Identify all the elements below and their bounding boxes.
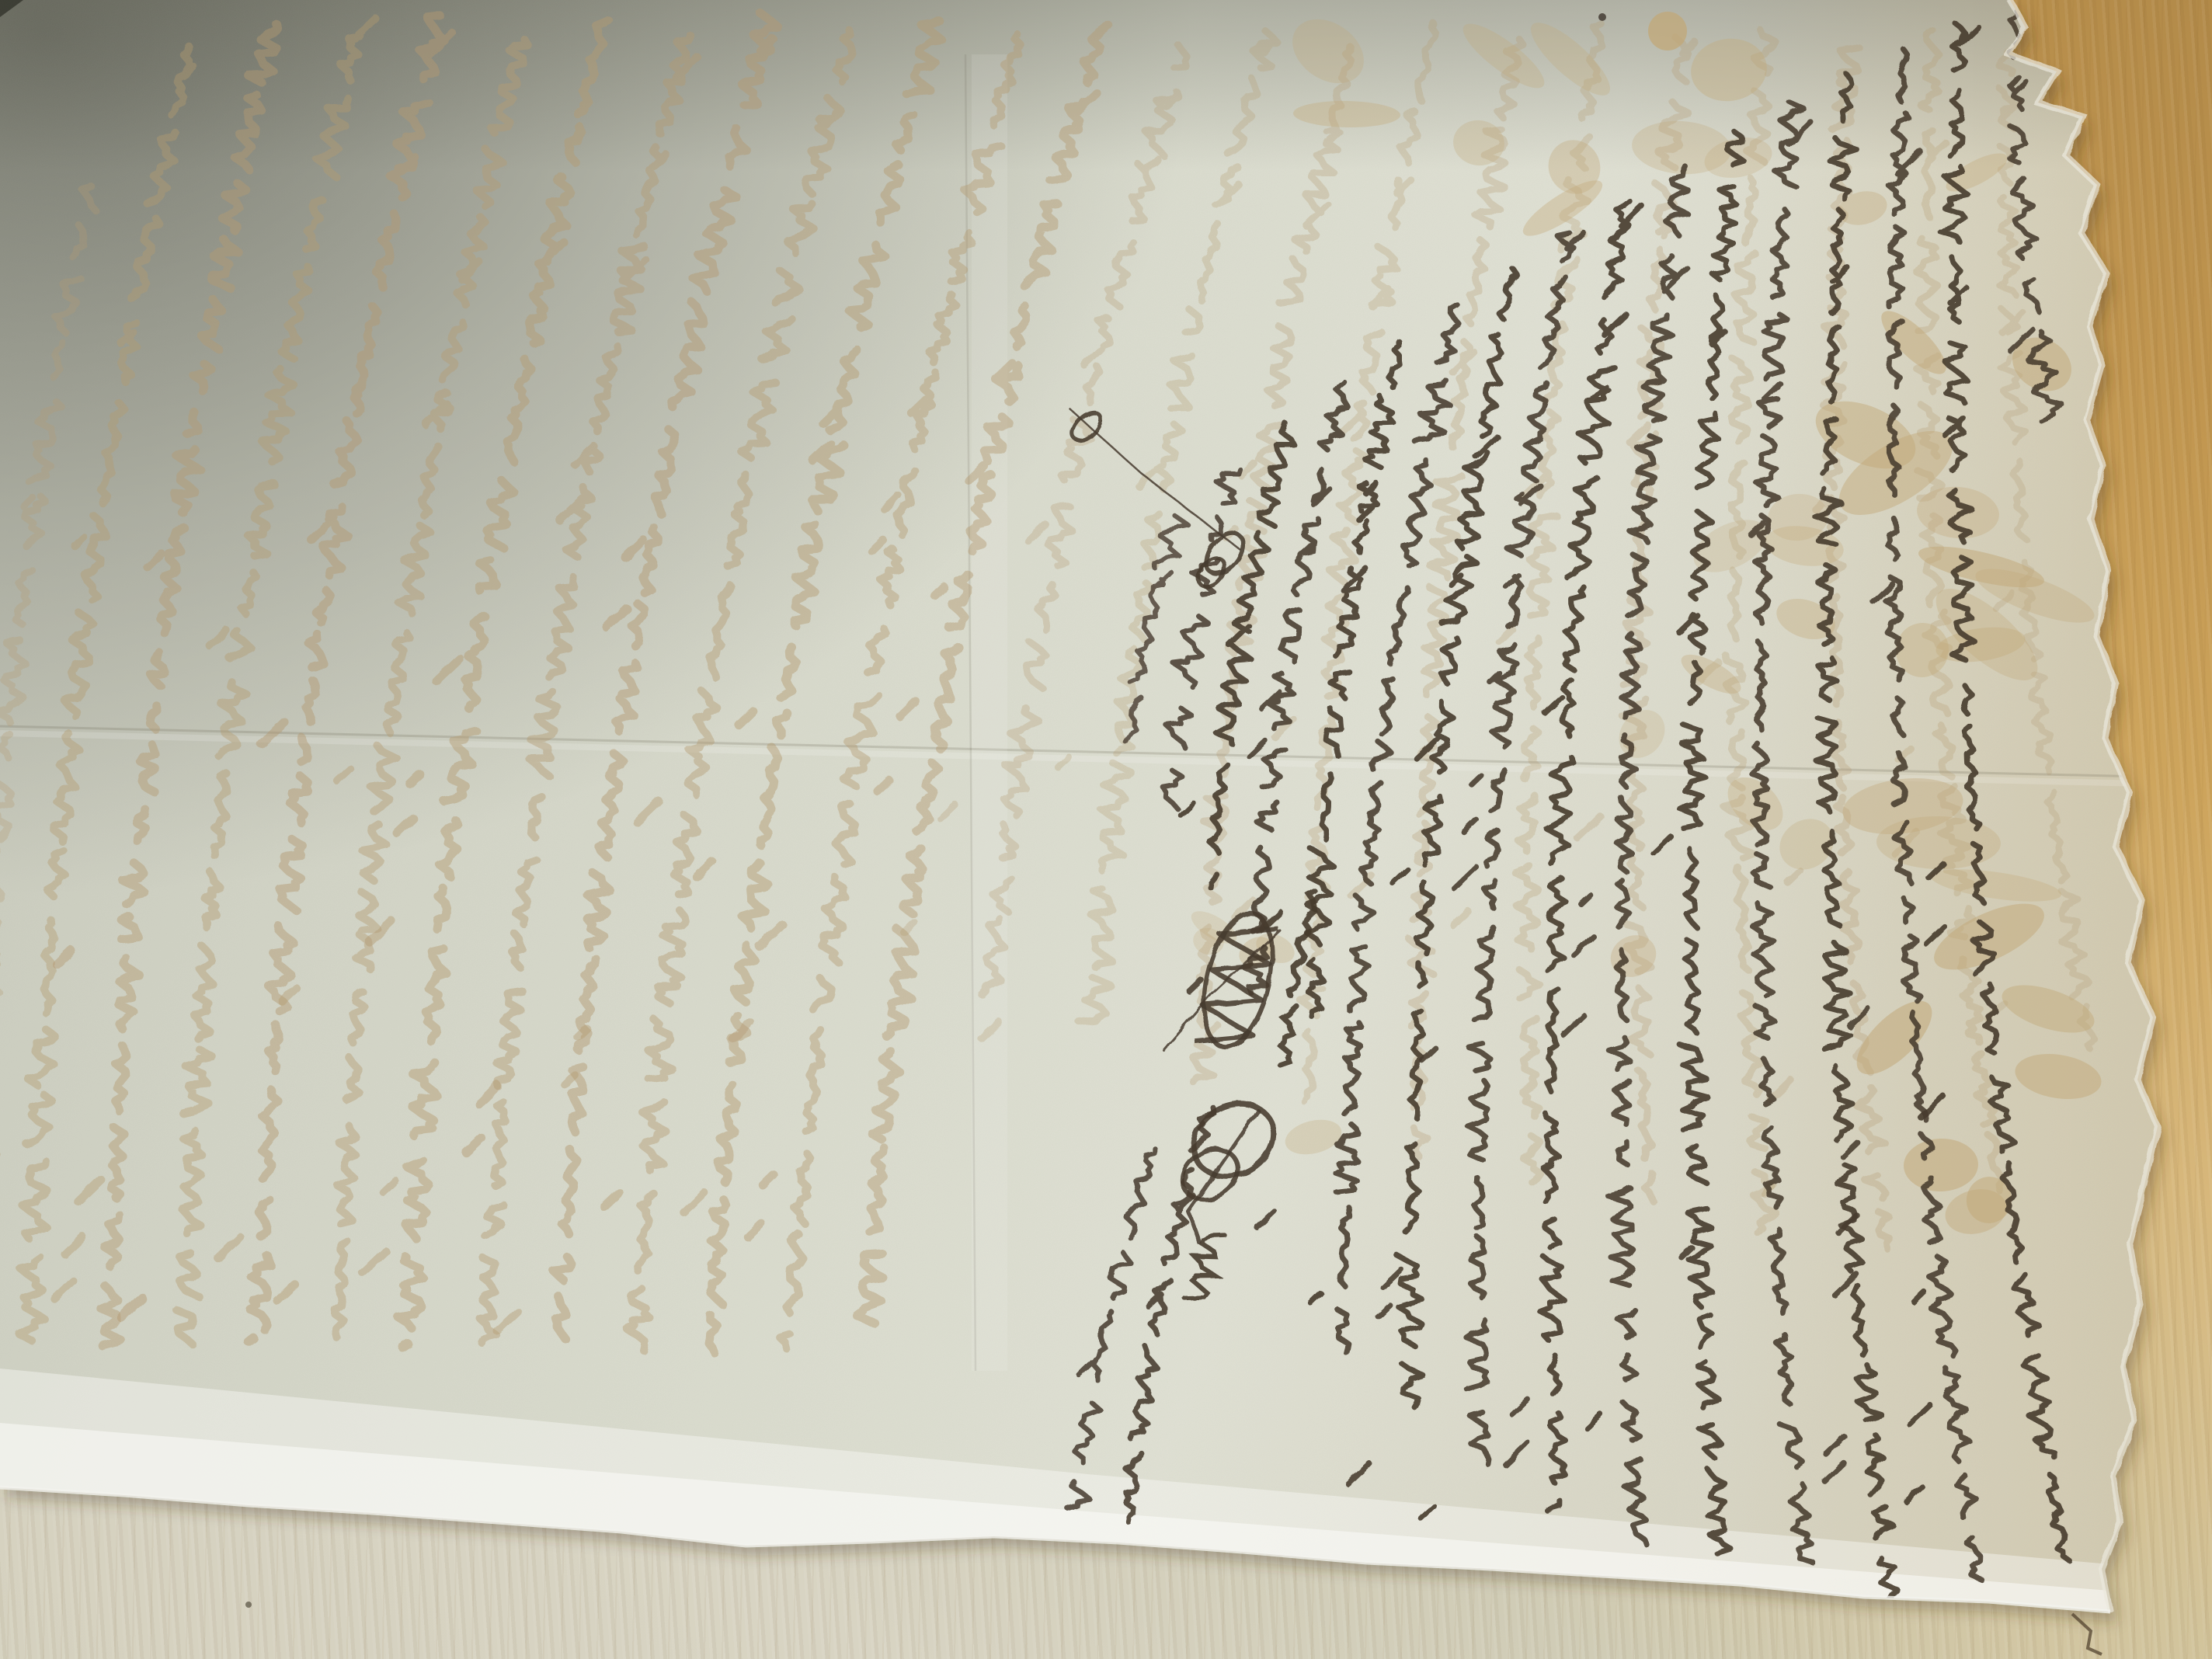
photo-scene [0,0,2212,1659]
manuscript-photo [0,0,2212,1659]
